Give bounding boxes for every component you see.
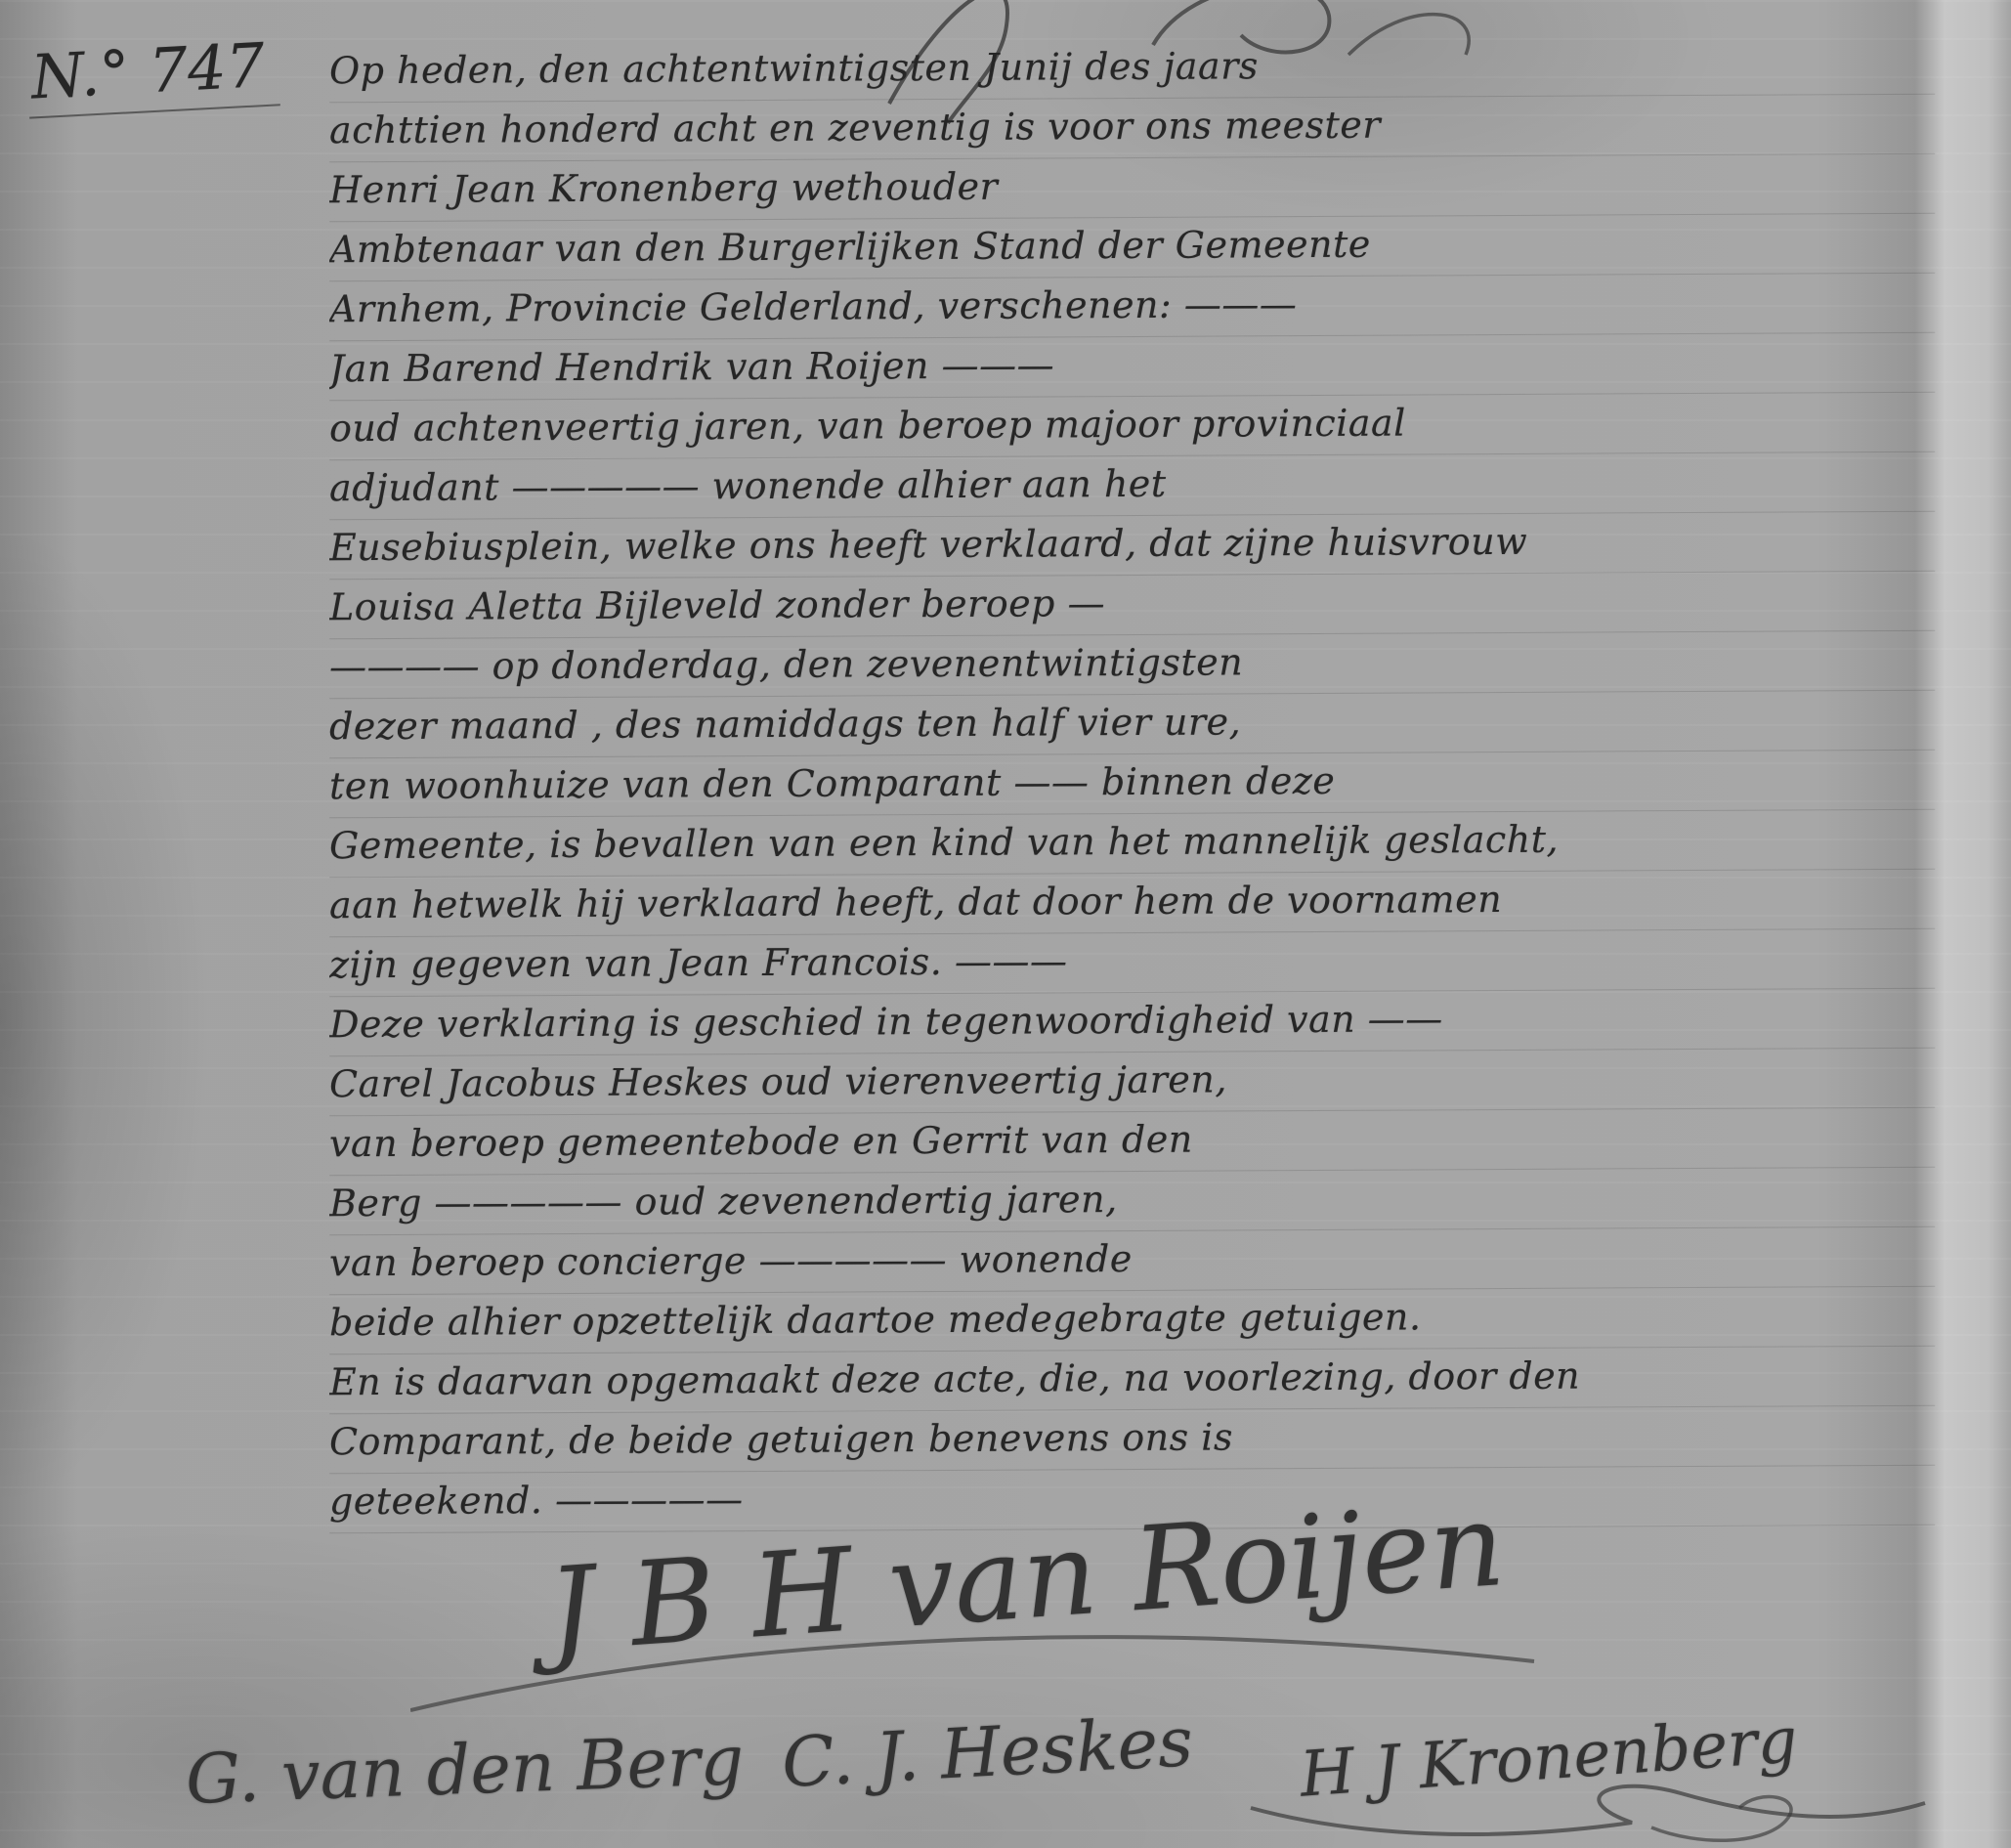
act-body-line: Carel Jacobus Heskes oud vierenveertig j… (329, 1049, 1935, 1117)
signature-witness-heskes: C. J. Heskes (780, 1701, 1195, 1803)
act-body-line: adjudant ————— wonende alhier aan het (329, 452, 1935, 521)
act-body-line: ten woonhuize van den Comparant —— binne… (329, 751, 1935, 819)
act-body-line: Arnhem, Provincie Gelderland, verschenen… (329, 274, 1935, 342)
act-body-line: Eusebiusplein, welke ons heeft verklaard… (329, 512, 1935, 580)
act-body-line: Gemeente, is bevallen van een kind van h… (329, 810, 1935, 879)
act-body-line: aan hetwelk hij verklaard heeft, dat doo… (329, 870, 1935, 938)
signature-ambtenaar-kronenberg: H J Kronenberg (1298, 1704, 1800, 1811)
act-body-line: van beroep gemeentebode en Gerrit van de… (329, 1108, 1935, 1177)
act-body-line: Comparant, de beide getuigen benevens on… (329, 1406, 1935, 1475)
act-body-line: zijn gegeven van Jean Francois. ——— (329, 929, 1935, 998)
act-body-line: Louisa Aletta Bijleveld zonder beroep — (329, 572, 1935, 640)
signature-witness-berg: G. van den Berg (185, 1720, 746, 1820)
act-body-line: achttien honderd acht en zeventig is voo… (329, 95, 1935, 163)
act-body-line: ———— op donderdag, den zevenentwintigste… (329, 631, 1935, 700)
act-body-line: Henri Jean Kronenberg wethouder (329, 154, 1935, 223)
act-body-line: Ambtenaar van den Burgerlijken Stand der… (329, 214, 1935, 282)
act-body-line: Berg ————— oud zevenendertig jaren, (329, 1168, 1935, 1236)
act-body-line: beide alhier opzettelijk daartoe medegeb… (329, 1287, 1935, 1355)
act-number: N.° 747 (25, 28, 280, 118)
act-body-line: Deze verklaring is geschied in tegenwoor… (329, 989, 1935, 1057)
act-body-line: Op heden, den achtentwintigsten Junij de… (329, 35, 1935, 104)
act-body-line: En is daarvan opgemaakt deze acte, die, … (329, 1347, 1935, 1415)
act-body-line: oud achtenveertig jaren, van beroep majo… (329, 393, 1935, 461)
act-body-line: van beroep concierge ————— wonende (329, 1227, 1935, 1296)
act-body-line: dezer maand , des namiddags ten half vie… (329, 691, 1935, 759)
act-body-line: Jan Barend Hendrik van Roijen ——— (329, 333, 1935, 402)
birth-certificate-scan: N.° 747 Op heden, den achtentwintigsten … (0, 0, 2011, 1848)
